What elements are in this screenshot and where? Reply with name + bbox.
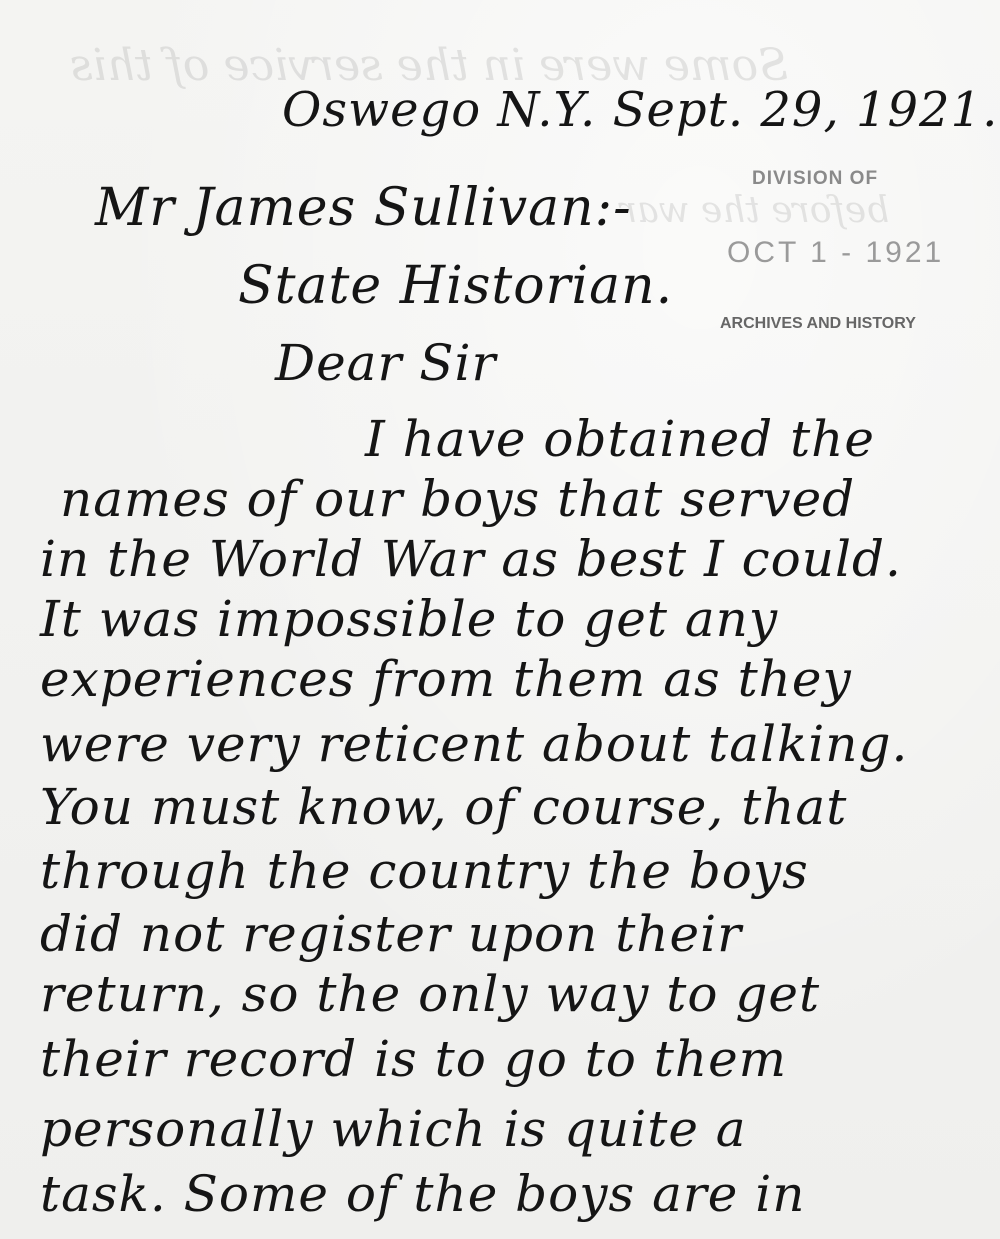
recipient-title: State Historian. (238, 256, 673, 316)
stamp-division: DIVISION OF (752, 168, 878, 190)
bleed-through-text: before the war (620, 190, 889, 231)
letter-page: Some were in the service of this before … (0, 0, 1000, 1239)
body-line: return, so the only way to get (40, 965, 820, 1023)
body-line: It was impossible to get any (40, 590, 778, 648)
body-line: personally which is quite a (40, 1100, 747, 1158)
greeting: Dear Sir (275, 334, 496, 392)
body-line: were very reticent about talking. (40, 715, 908, 773)
body-line: You must know, of course, that (40, 778, 847, 836)
body-line: their record is to go to them (40, 1030, 787, 1088)
stamp-archives: ARCHIVES AND HISTORY (720, 315, 916, 333)
place-date: Oswego N.Y. Sept. 29, 1921. (282, 82, 998, 138)
body-line: I have obtained the (365, 410, 875, 468)
body-line: did not register upon their (40, 905, 742, 963)
body-line: task. Some of the boys are in (40, 1165, 805, 1223)
body-line: in the World War as best I could. (40, 530, 902, 588)
stamp-date: OCT 1 - 1921 (727, 236, 944, 270)
recipient-name: Mr James Sullivan:- (95, 178, 632, 238)
body-line: names of our boys that served (60, 470, 855, 528)
body-line: through the country the boys (40, 842, 809, 900)
body-line: experiences from them as they (40, 650, 852, 708)
